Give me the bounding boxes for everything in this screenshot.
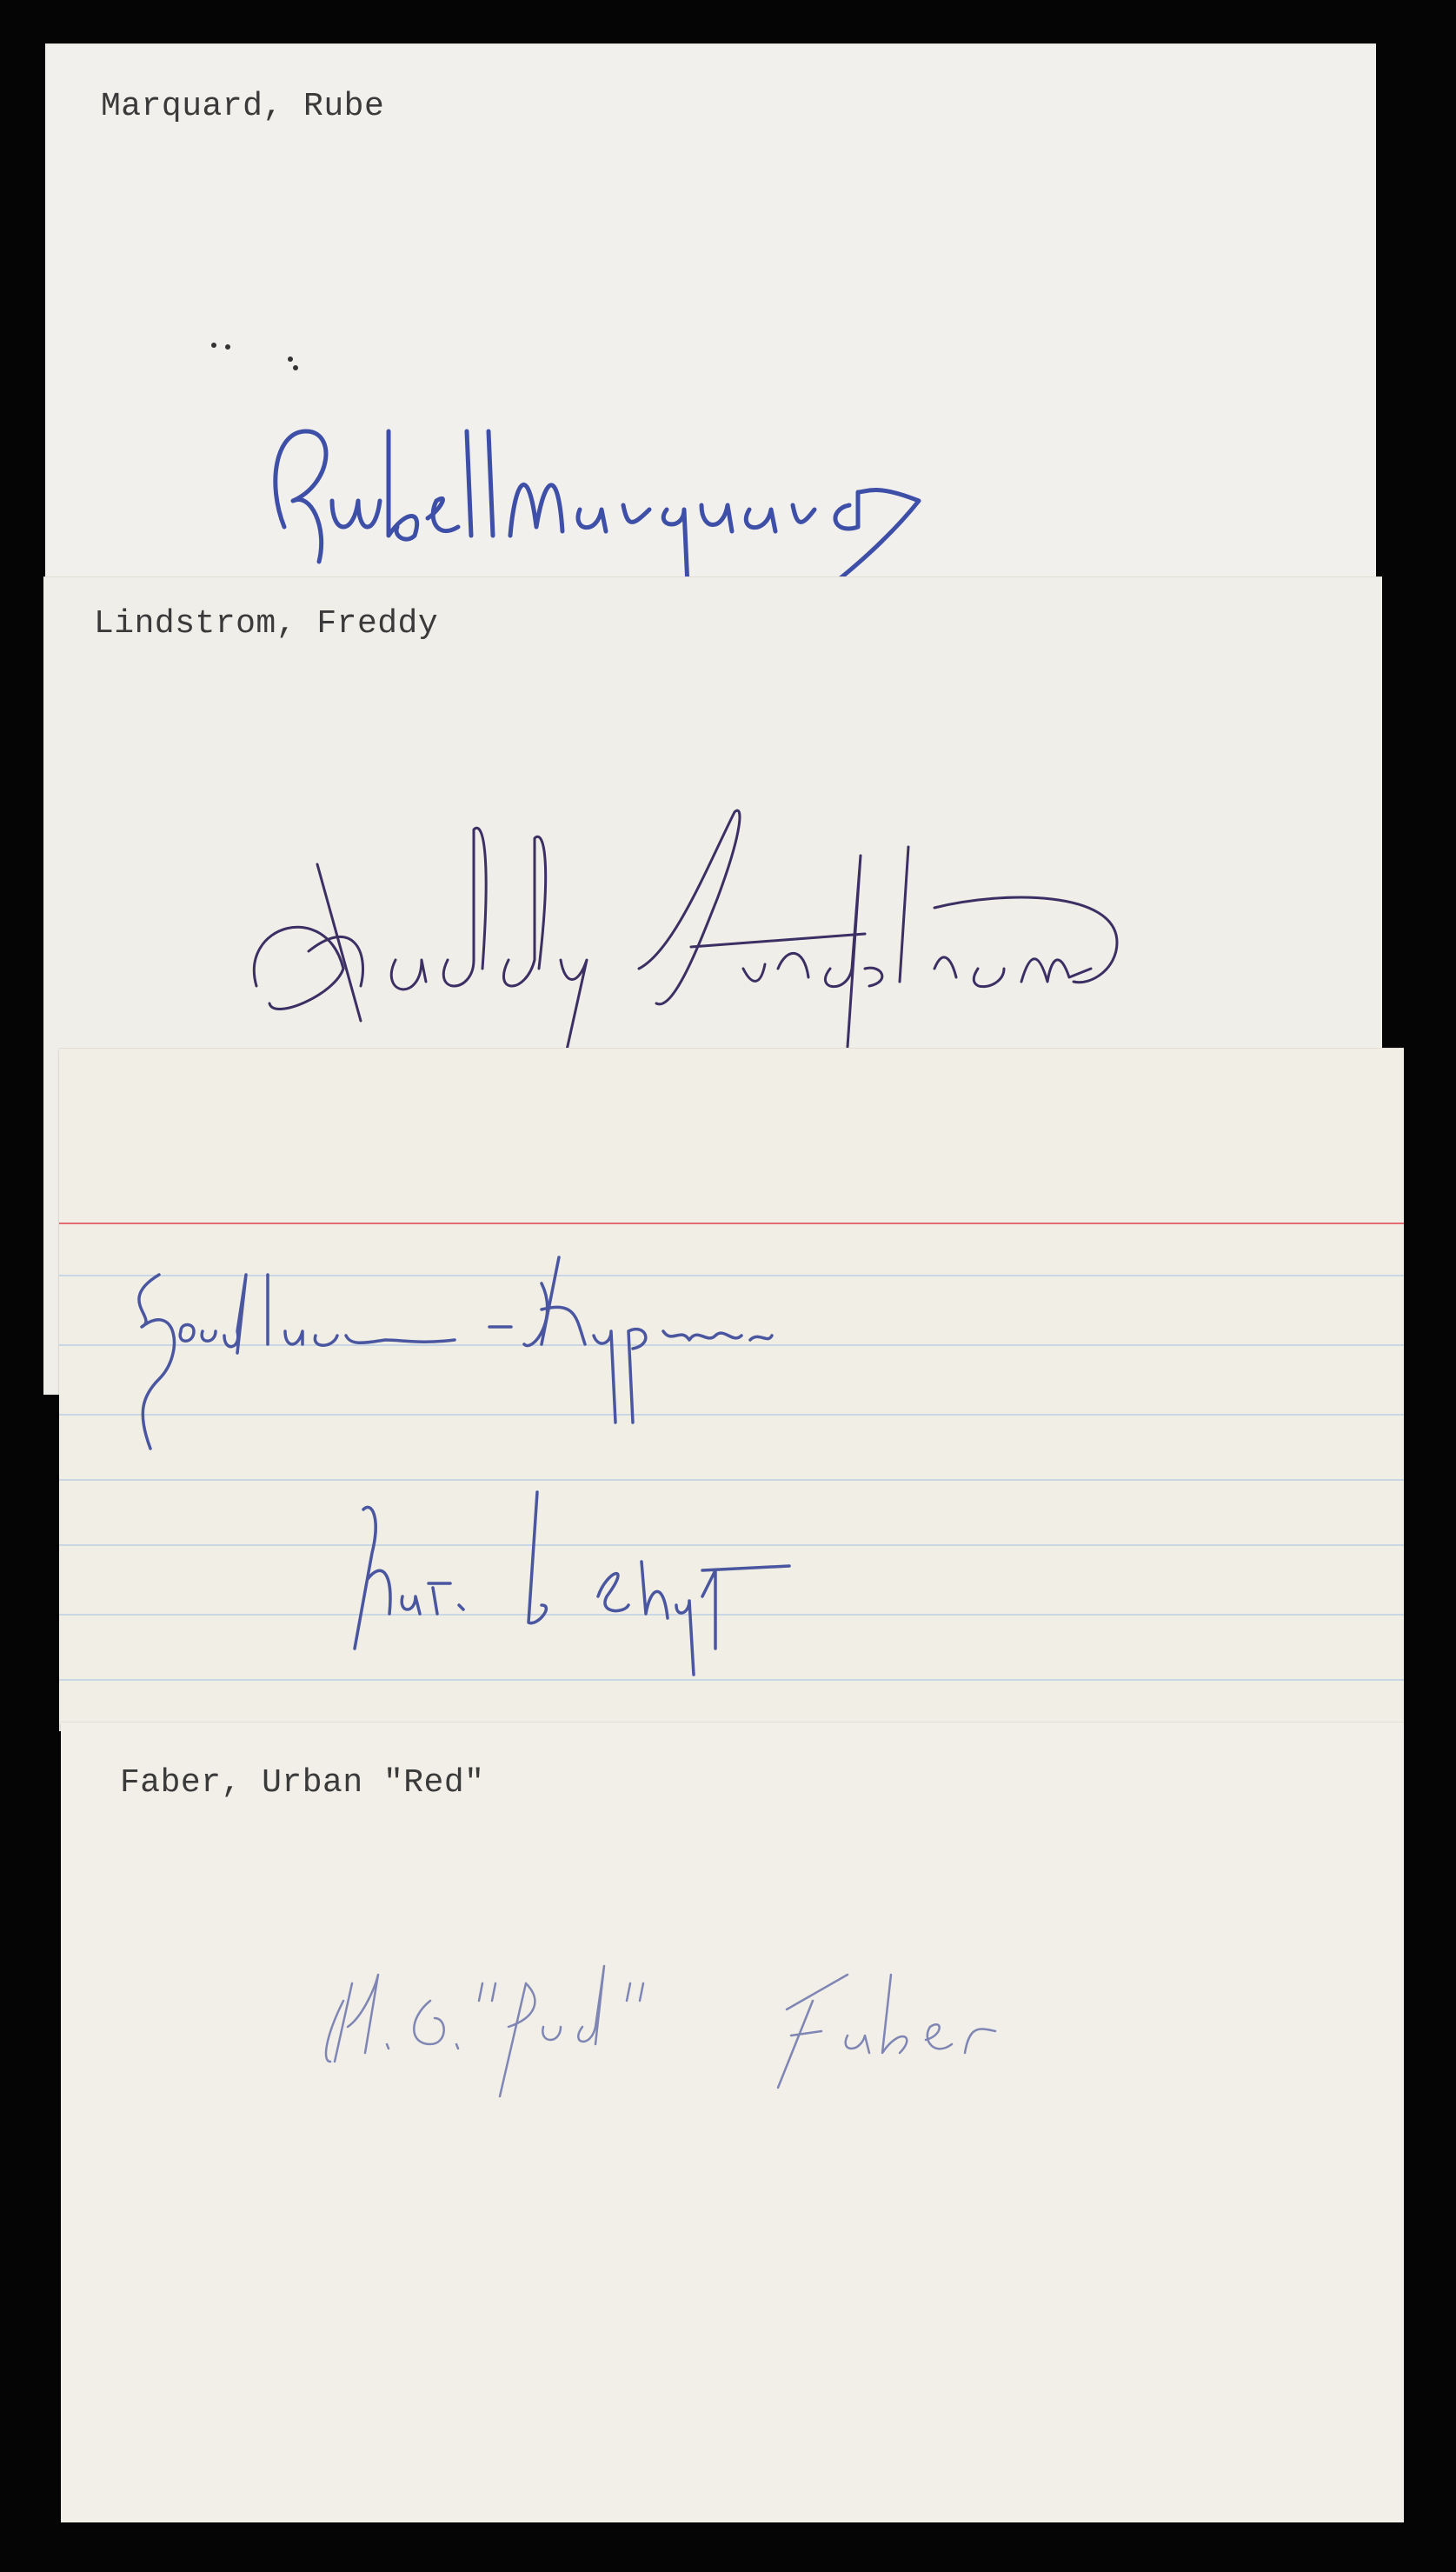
index-card-faber: Faber, Urban "Red" — [61, 1722, 1404, 2522]
typed-label: Faber, Urban "Red" — [120, 1764, 484, 1802]
signature-lindstrom — [222, 795, 1352, 1056]
signature-marquard — [258, 379, 1040, 605]
index-card-lined-inscription — [59, 1048, 1404, 1731]
typed-label: Marquard, Rube — [101, 88, 384, 125]
diaeresis-marks — [210, 340, 315, 375]
typed-label: Lindstrom, Freddy — [94, 605, 438, 643]
signature-faber — [326, 1931, 1152, 2105]
red-header-line — [59, 1223, 1404, 1224]
inscription-good-luck — [124, 1249, 1254, 1466]
signature-marti-shey — [320, 1475, 1102, 1692]
